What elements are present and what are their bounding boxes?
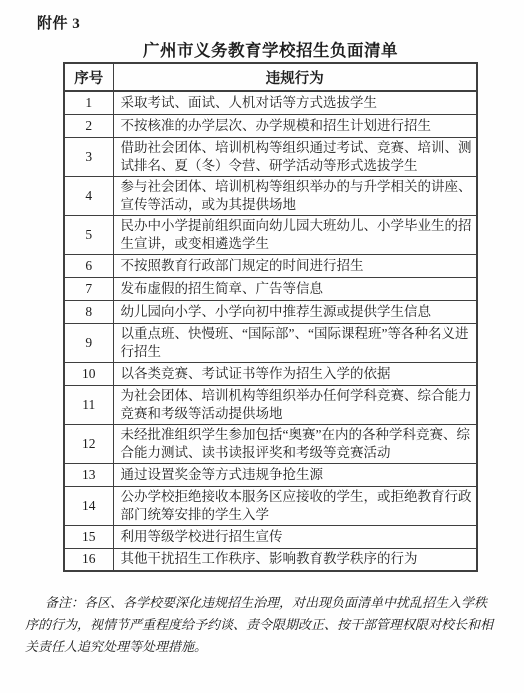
row-number: 8 (64, 300, 113, 323)
table-row: 16其他干扰招生工作秩序、影响教育教学秩序的行为 (64, 548, 477, 571)
violation-text: 不按照教育行政部门规定的时间进行招生 (113, 254, 477, 277)
column-header-no: 序号 (64, 63, 113, 91)
attachment-label: 附件 3 (37, 12, 80, 33)
violation-text: 公办学校拒绝接收本服务区应接收的学生，或拒绝教育行政部门统筹安排的学生入学 (113, 486, 477, 525)
violation-text: 通过设置奖金等方式违规争抢生源 (113, 463, 477, 486)
row-number: 3 (64, 137, 113, 176)
table-row: 3借助社会团体、培训机构等组织通过考试、竞赛、培训、测试排名、夏（冬）令营、研学… (64, 137, 477, 176)
table-row: 8幼儿园向小学、小学向初中推荐生源或提供学生信息 (64, 300, 477, 323)
table-row: 7发布虚假的招生简章、广告等信息 (64, 277, 477, 300)
row-number: 7 (64, 277, 113, 300)
remarks-label: 备注： (45, 595, 84, 610)
table-row: 9以重点班、快慢班、“国际部”、“国际课程班”等各种名义进行招生 (64, 323, 477, 362)
violation-text: 以各类竞赛、考试证书等作为招生入学的依据 (113, 362, 477, 385)
table-row: 14公办学校拒绝接收本服务区应接收的学生，或拒绝教育行政部门统筹安排的学生入学 (64, 486, 477, 525)
document-page: 附件 3 广州市义务教育学校招生负面清单 序号 违规行为 1采取考试、面试、人机… (0, 0, 524, 693)
table-row: 2不按核准的办学层次、办学规模和招生计划进行招生 (64, 114, 477, 137)
negative-list-table: 序号 违规行为 1采取考试、面试、人机对话等方式选拔学生 2不按核准的办学层次、… (63, 62, 478, 572)
table-row: 11为社会团体、培训机构等组织举办任何学科竞赛、综合能力竞赛和考级等活动提供场地 (64, 385, 477, 424)
remarks-paragraph: 备注：各区、各学校要深化违规招生治理，对出现负面清单中扰乱招生入学秩序的行为，视… (25, 592, 499, 658)
violation-text: 采取考试、面试、人机对话等方式选拔学生 (113, 91, 477, 114)
row-number: 16 (64, 548, 113, 571)
row-number: 12 (64, 424, 113, 463)
row-number: 9 (64, 323, 113, 362)
violation-text: 参与社会团体、培训机构等组织举办的与升学相关的讲座、宣传等活动，或为其提供场地 (113, 176, 477, 215)
table-row: 12未经批准组织学生参加包括“奥赛”在内的各种学科竞赛、综合能力测试、读书读报评… (64, 424, 477, 463)
violation-text: 幼儿园向小学、小学向初中推荐生源或提供学生信息 (113, 300, 477, 323)
violation-text: 民办中小学提前组织面向幼儿园大班幼儿、小学毕业生的招生宣讲，或变相遴选学生 (113, 215, 477, 254)
row-number: 11 (64, 385, 113, 424)
violation-text: 发布虚假的招生简章、广告等信息 (113, 277, 477, 300)
column-header-behavior: 违规行为 (113, 63, 477, 91)
violation-text: 未经批准组织学生参加包括“奥赛”在内的各种学科竞赛、综合能力测试、读书读报评奖和… (113, 424, 477, 463)
row-number: 10 (64, 362, 113, 385)
table-row: 1采取考试、面试、人机对话等方式选拔学生 (64, 91, 477, 114)
violation-text: 为社会团体、培训机构等组织举办任何学科竞赛、综合能力竞赛和考级等活动提供场地 (113, 385, 477, 424)
table-header-row: 序号 违规行为 (64, 63, 477, 91)
table-row: 10以各类竞赛、考试证书等作为招生入学的依据 (64, 362, 477, 385)
row-number: 4 (64, 176, 113, 215)
table-row: 6不按照教育行政部门规定的时间进行招生 (64, 254, 477, 277)
table-row: 15利用等级学校进行招生宣传 (64, 525, 477, 548)
violation-text: 以重点班、快慢班、“国际部”、“国际课程班”等各种名义进行招生 (113, 323, 477, 362)
row-number: 2 (64, 114, 113, 137)
row-number: 13 (64, 463, 113, 486)
table-row: 4参与社会团体、培训机构等组织举办的与升学相关的讲座、宣传等活动，或为其提供场地 (64, 176, 477, 215)
violation-text: 利用等级学校进行招生宣传 (113, 525, 477, 548)
page-title: 广州市义务教育学校招生负面清单 (63, 37, 478, 61)
violation-text: 不按核准的办学层次、办学规模和招生计划进行招生 (113, 114, 477, 137)
row-number: 5 (64, 215, 113, 254)
row-number: 14 (64, 486, 113, 525)
row-number: 1 (64, 91, 113, 114)
row-number: 6 (64, 254, 113, 277)
table-row: 5民办中小学提前组织面向幼儿园大班幼儿、小学毕业生的招生宣讲，或变相遴选学生 (64, 215, 477, 254)
violation-text: 其他干扰招生工作秩序、影响教育教学秩序的行为 (113, 548, 477, 571)
table-row: 13通过设置奖金等方式违规争抢生源 (64, 463, 477, 486)
row-number: 15 (64, 525, 113, 548)
violation-text: 借助社会团体、培训机构等组织通过考试、竞赛、培训、测试排名、夏（冬）令营、研学活… (113, 137, 477, 176)
remarks-text: 各区、各学校要深化违规招生治理，对出现负面清单中扰乱招生入学秩序的行为，视情节严… (25, 595, 493, 654)
